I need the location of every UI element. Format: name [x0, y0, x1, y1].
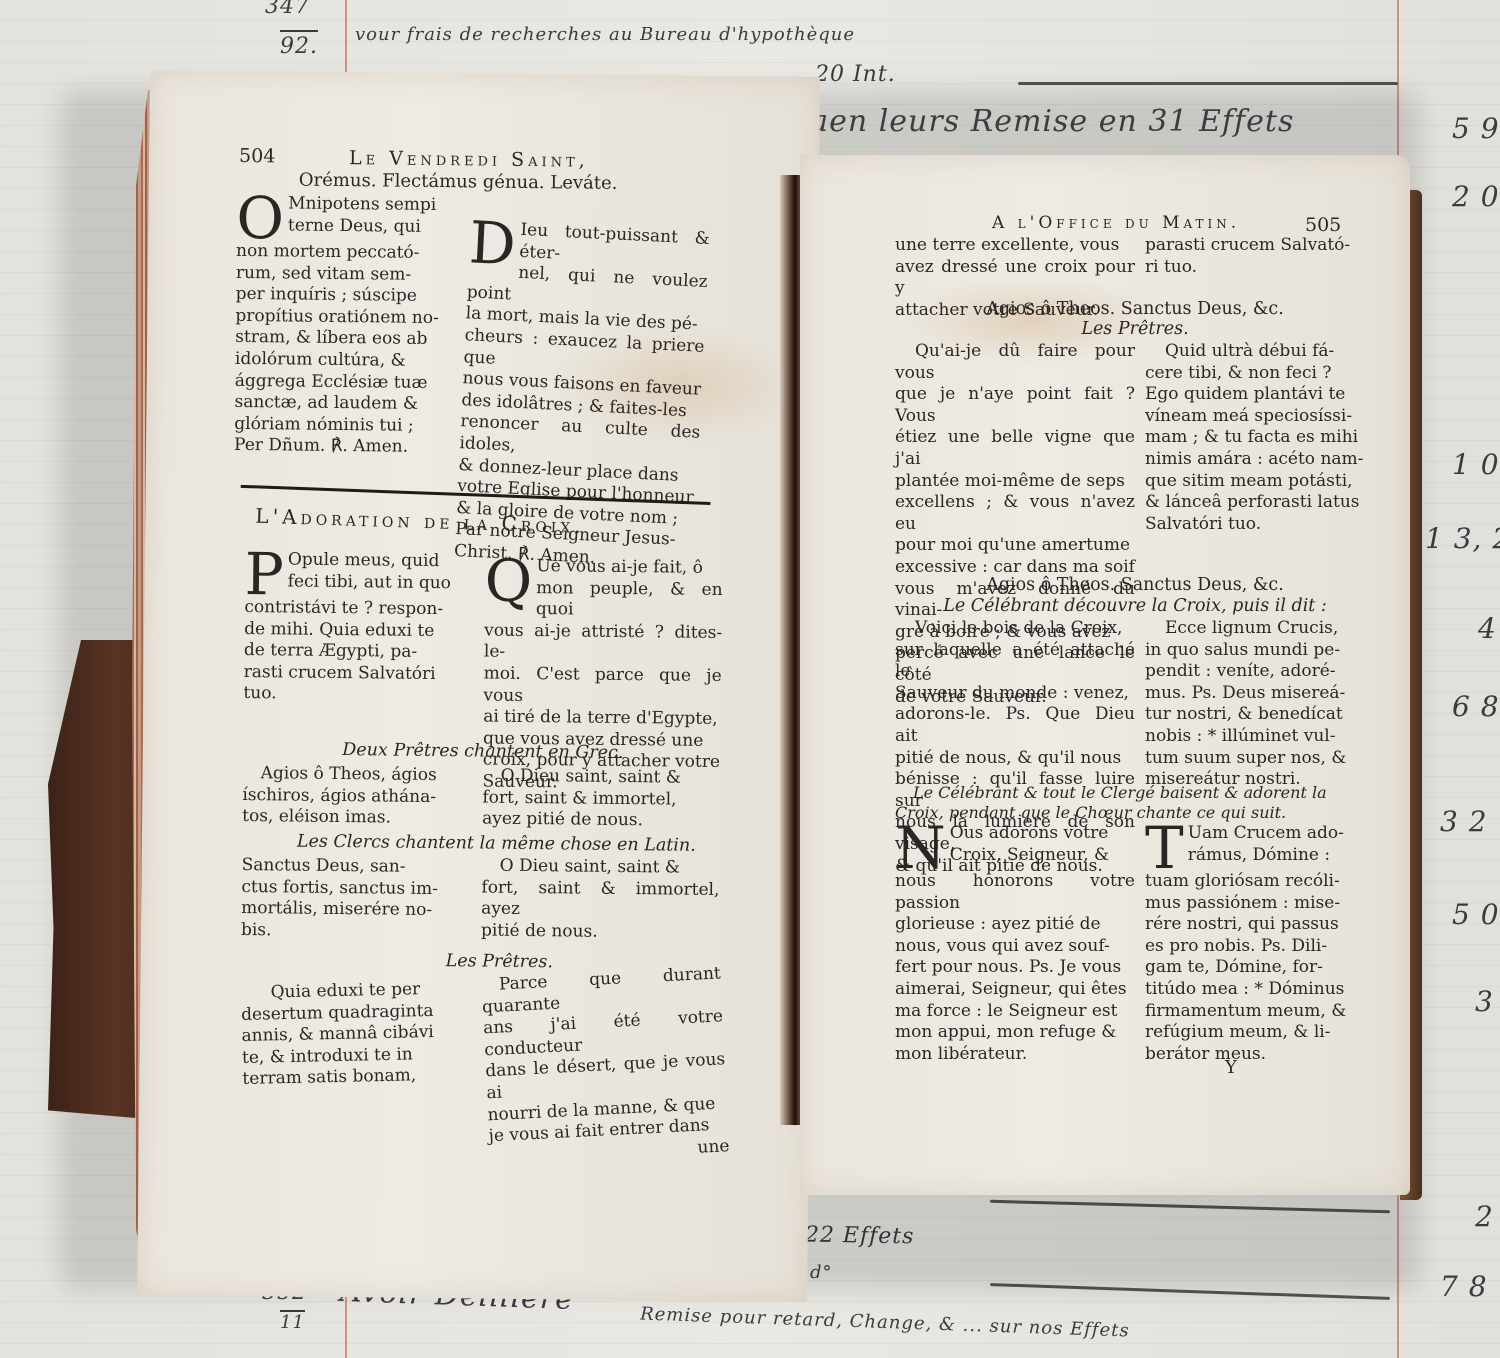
rubric-clergy: Le Célébrant & tout le Clergé baisent & … — [895, 783, 1375, 823]
cont-latin-column: parasti crucem Salvató- ri tuo. — [1145, 235, 1375, 278]
text-line: firmamentum meum, & — [1145, 1001, 1375, 1023]
drop-cap: P — [244, 551, 284, 597]
text-line: ctus fortis, sanctus im- — [241, 877, 473, 901]
text-line: tur nostri, & benedícat — [1145, 704, 1375, 726]
text-line: nobis : * illúminet vul- — [1145, 726, 1375, 748]
quia-latin-column: Quia eduxi te per desertum quadraginta a… — [240, 978, 474, 1091]
right-page: A l'Office du Matin. 505 une terre excel… — [800, 155, 1410, 1195]
ledger-account-number: 92. — [280, 30, 318, 59]
page-number: 504 — [239, 146, 275, 168]
text-line: pitié de nous, & qu'il nous — [895, 748, 1135, 770]
text-line: pour moi qu'une amertume — [895, 535, 1135, 557]
text-line: moi. C'est parce que je vous — [483, 663, 721, 709]
rubric-latin: Les Clercs chantent la même chose en Lat… — [297, 832, 696, 858]
greek-french-column: O Dieu saint, saint & fort, saint & immo… — [482, 766, 721, 833]
drop-cap: D — [468, 219, 517, 267]
quia-french-column: Parce que durant quarante ans j'ai été v… — [481, 963, 731, 1169]
rubric: Orémus. Flectámus génua. Leváte. — [299, 170, 618, 195]
ledger-entry: Remise pour retard, Change, & ... sur no… — [640, 1303, 1130, 1341]
text-line: fort, saint & immortel, ayez — [481, 877, 719, 923]
text-line: víneam meá speciosíssi- — [1145, 406, 1375, 428]
text-line: mus passiónem : mise- — [1145, 893, 1375, 915]
ledger-amount: 1 3, 2 — [1425, 522, 1500, 555]
drop-cap: O — [236, 195, 284, 241]
text-line: nimis amára : acéto nam- — [1145, 449, 1375, 471]
drop-cap: N — [895, 825, 946, 871]
ledger-entry: vour frais de recherches au Bureau d'hyp… — [355, 24, 855, 45]
text-line: Qu'ai-je dû faire pour vous — [895, 341, 1135, 384]
refrain: Agios ô Theos. Sanctus Deus, &c. — [895, 575, 1375, 597]
left-page: 504 Le Vendredi Saint, Orémus. Flectámus… — [137, 70, 820, 1302]
text-line: O Dieu saint, saint & — [482, 856, 720, 880]
ledger-rule — [1018, 82, 1398, 85]
ledger-amount: 1 0 — [1452, 448, 1500, 481]
text-line: in quo salus mundi pe- — [1145, 640, 1375, 662]
ledger-amount: 2 — [1475, 1200, 1494, 1233]
text-line: que sitim meam potásti, — [1145, 471, 1375, 493]
text-line: que je n'aye point fait ? Vous — [895, 384, 1135, 427]
text-line: ai tiré de la terre d'Egypte, — [483, 707, 721, 731]
text-line: tuo. — [243, 683, 478, 707]
text-line: rére nostri, qui passus — [1145, 914, 1375, 936]
text-line: berátor meus. — [1145, 1044, 1375, 1066]
text-line: bis. — [241, 920, 473, 944]
text-line: íschiros, ágios athána- — [242, 785, 474, 809]
signature-mark: Y — [1225, 1057, 1237, 1079]
ledger-account-number: 347 — [265, 0, 310, 19]
rubric-priests: Les Prêtres. — [895, 319, 1375, 341]
ledger-entry: 20 Int. — [815, 62, 896, 87]
text-line: Agios ô Theos, ágios — [243, 763, 475, 787]
text-line: Sauveur du monde : venez, — [895, 683, 1135, 705]
text-line: ággrega Ecclésiæ tuæ — [235, 370, 460, 394]
text-line: per inquíris ; súscipe — [236, 284, 461, 308]
text-line: tum suum super nos, & — [1145, 748, 1375, 770]
ledger-amount: 3 2 — [1440, 805, 1488, 838]
latin-french-column: O Dieu saint, saint & fort, saint & immo… — [481, 856, 720, 945]
text-line: O Dieu saint, saint & — [483, 766, 721, 790]
text-line: mus. Ps. Deus misereá- — [1145, 683, 1375, 705]
text-line: Sanctus Deus, san- — [242, 855, 474, 879]
text-line: fert pour nous. Ps. Je vous — [895, 957, 1135, 979]
quid-latin-column: Quid ultrà débui fá- cere tibi, & non fe… — [1145, 341, 1375, 535]
text-line: tuam gloriósam recóli- — [1145, 871, 1375, 893]
page-number: 505 — [1305, 215, 1341, 237]
ecce-latin-column: Ecce lignum Crucis, in quo salus mundi p… — [1145, 618, 1375, 791]
latin-text-column: Sanctus Deus, san- ctus fortis, sanctus … — [241, 855, 474, 944]
greek-text-column: Agios ô Theos, ágios íschiros, ágios ath… — [242, 763, 475, 830]
text-line: Quid ultrà débui fá- — [1145, 341, 1375, 363]
text-line: sur laquelle a été attaché le — [895, 640, 1135, 683]
text-line: propítius oratiónem no- — [235, 306, 460, 330]
text-line: pitié de nous. — [481, 920, 719, 944]
rubric-greek: Deux Prêtres chantent en Grec. — [243, 739, 723, 766]
text-line: ayez pitié de nous. — [482, 809, 720, 833]
text-line: vous ai-je attristé ? dites-le- — [484, 620, 722, 666]
text-line: titúdo mea : * Dóminus — [1145, 979, 1375, 1001]
ledger-amount: 5 9 — [1452, 112, 1500, 145]
improperia-latin-column: P Opule meus, quid feci tibi, aut in quo… — [243, 549, 480, 707]
text-line: tos, eléison imas. — [242, 806, 474, 830]
nous-french-column: N Ous adorons votre Croix, Seigneur, & n… — [895, 823, 1135, 1065]
text-line: nous, vous qui avez souf- — [895, 936, 1135, 958]
text-line: glóriam nóminis tui ; — [234, 414, 459, 438]
text-line: Ecce lignum Crucis, — [1145, 618, 1375, 640]
text-line: & lánceâ perforasti latus — [1145, 492, 1375, 514]
text-line: Salvatóri tuo. — [1145, 514, 1375, 536]
text-line: rasti crucem Salvatóri — [244, 662, 479, 686]
ledger-amount: 7 8 — [1440, 1270, 1488, 1303]
drop-cap: Q — [484, 558, 532, 604]
text-line: ma force : le Seigneur est — [895, 1001, 1135, 1023]
ledger-amount: 6 8 — [1452, 690, 1500, 723]
text-line: non mortem peccató- — [236, 241, 461, 265]
text-line: mortális, miserére no- — [241, 898, 473, 922]
text-line: es pro nobis. Ps. Dili- — [1145, 936, 1375, 958]
text-line: adorons-le. Ps. Que Dieu ait — [895, 704, 1135, 747]
text-line: parasti crucem Salvató- — [1145, 235, 1375, 257]
text-line: aimerai, Seigneur, qui êtes — [895, 979, 1135, 1001]
ledger-amount: 3 — [1475, 985, 1494, 1018]
text-line: refúgium meum, & li- — [1145, 1022, 1375, 1044]
text-line: étiez une belle vigne que j'ai — [895, 427, 1135, 470]
refrain: Agios ô Theos. Sanctus Deus, &c. — [895, 299, 1375, 321]
text-line: terram satis bonam, — [242, 1064, 474, 1090]
text-line: mam ; & tu facta es mihi — [1145, 427, 1375, 449]
prayer-latin-column: O Mnipotens sempi terne Deus, qui non mo… — [234, 193, 462, 459]
text-line: Voici le bois de la Croix, — [895, 618, 1135, 640]
text-line: mon libérateur. — [895, 1044, 1135, 1066]
running-head: A l'Office du Matin. — [992, 213, 1240, 235]
rubric-celebrant: Le Célébrant découvre la Croix, puis il … — [895, 596, 1375, 618]
text-line: sanctæ, ad laudem & — [234, 392, 459, 416]
text-line: stram, & líbera eos ab — [235, 327, 460, 351]
text-line: contristávi te ? respon- — [244, 597, 479, 621]
text-line: Per Dñum. ℟. Amen. — [234, 435, 459, 459]
text-line: fort, saint & immortel, — [482, 787, 720, 811]
rubric-priests: Les Prêtres. — [446, 951, 554, 974]
text-line: pendit : veníte, adoré- — [1145, 661, 1375, 683]
ledger-amount: 4 — [1478, 612, 1497, 645]
text-line: ri tuo. — [1145, 257, 1375, 279]
drop-cap: T — [1145, 825, 1184, 871]
text-line: cere tibi, & non feci ? — [1145, 363, 1375, 385]
text-line: excellens ; & vous n'avez eu — [895, 492, 1135, 535]
ledger-account-number: 11 — [280, 1310, 305, 1333]
text-line: de mihi. Quia eduxi te — [244, 619, 479, 643]
text-line: glorieuse : ayez pitié de — [895, 914, 1135, 936]
text-line: de terra Ægypti, pa- — [244, 640, 479, 664]
text-line: une terre excellente, vous — [895, 235, 1135, 257]
text-line: nous honorons votre passion — [895, 871, 1135, 914]
text-line: Ego quidem plantávi te — [1145, 384, 1375, 406]
text-line: gam te, Dómine, for- — [1145, 957, 1375, 979]
text-line: plantée moi-même de seps — [895, 471, 1135, 493]
ledger-amount: 2 0 — [1452, 180, 1500, 213]
text-line: idolórum cultúra, & — [235, 349, 460, 373]
text-line: mon appui, mon refuge & — [895, 1022, 1135, 1044]
text-line: avez dressé une croix pour y — [895, 257, 1135, 300]
tuam-latin-column: T Uam Crucem ado- rámus, Dómine : tuam g… — [1145, 823, 1375, 1065]
ledger-amount: 5 0 — [1452, 898, 1500, 931]
running-head: Le Vendredi Saint, — [349, 148, 589, 172]
text-line: rum, sed vitam sem- — [236, 263, 461, 287]
